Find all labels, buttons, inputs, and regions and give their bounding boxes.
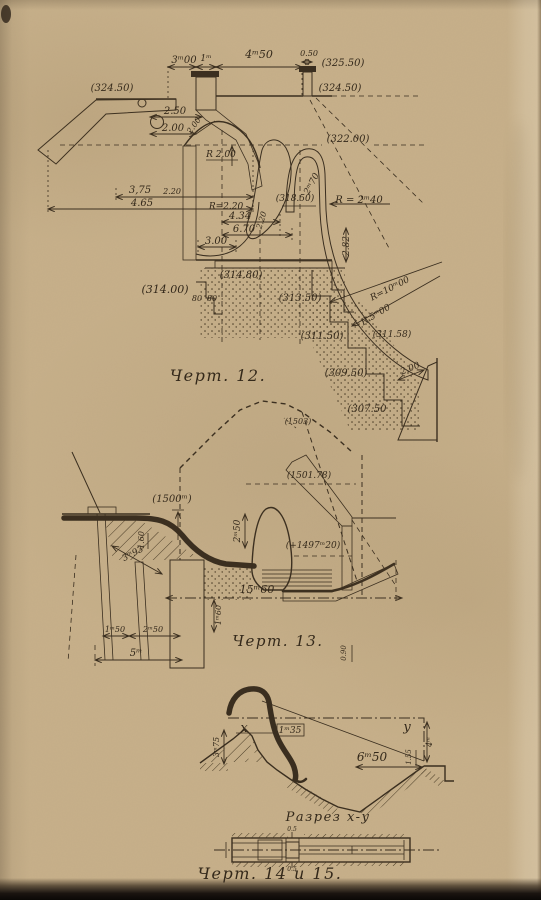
dimension-label: 1.55 [405, 749, 413, 765]
dimension-label: 1ᵐ60 [214, 605, 223, 625]
dimension-label: 3ᵐ00 [171, 55, 197, 66]
dimension-label: 80 [207, 294, 217, 303]
dimension-label: 3.00 [205, 236, 228, 247]
dimension-label: 0.50 [300, 49, 318, 58]
figure-caption: Черт. 12. [170, 366, 266, 385]
dimension-label: 6.70 [233, 224, 256, 235]
figure-15-drawing [214, 832, 442, 868]
dimension-label: (309.50) [325, 368, 368, 379]
figure-caption: Разрез x-y [285, 810, 371, 825]
dimension-label: 4.34 [228, 211, 251, 222]
dimension-label: 1ᵐ [200, 54, 211, 64]
figure-caption: Черт. 13. [232, 632, 323, 650]
dimension-label: 2.20 [162, 187, 181, 196]
dimension-label: 4.65 [130, 198, 153, 209]
dimension-label: 2ᵐ50 [142, 625, 163, 634]
dimension-label: 2.00 [161, 123, 185, 134]
dimension-label: 3ᵐ75 [212, 737, 221, 757]
dimension-label: (314.00) [141, 283, 188, 296]
dimension-label: (1503) [285, 417, 312, 426]
dimension-label: (314.80) [220, 270, 263, 281]
dimension-label: 0.5 [287, 826, 297, 833]
dimension-label: 5ᵐ [130, 648, 143, 659]
dimension-label: 15ᵐ60 [240, 583, 275, 596]
dimension-label: 1ᵐ50 [105, 625, 125, 634]
dimension-label: R 2.00 [205, 150, 236, 160]
paper-blemish [1, 5, 11, 23]
dimension-label: (313.50) [279, 293, 322, 304]
dimension-label: 4ᵐ [425, 737, 434, 748]
dimension-label: 1ᵐ35 [279, 726, 302, 736]
dimension-label: 80 [192, 294, 202, 303]
dimension-label: R = 2ᵐ40 [334, 195, 383, 206]
dimension-label: 6ᵐ50 [357, 750, 388, 764]
dimension-label: 0.90 [340, 645, 348, 661]
dimension-label: (325.50) [322, 58, 365, 69]
dimension-label: (1500ᵐ) [152, 494, 191, 505]
dimension-label: (324.50) [91, 83, 134, 94]
drawing-canvas: 3ᵐ001ᵐ4ᵐ500.50(325.50)(324.50)(324.50)(3… [0, 0, 541, 900]
dimension-label: x [240, 721, 248, 736]
paper-stain [506, 120, 534, 480]
dimension-label: (324.50) [319, 83, 362, 94]
dimension-label: y [402, 720, 411, 735]
dimension-label: 2.82 [342, 236, 352, 257]
dimension-label: (+1497ᵐ20) [286, 540, 341, 551]
dimension-label: (307.50 [348, 404, 388, 415]
figure-caption: Черт. 14 и 15. [198, 864, 343, 883]
dimension-label: 2ᵐ50 [233, 519, 243, 543]
dimension-label: (1501.78) [287, 470, 332, 481]
dimension-label: (311.58) [373, 329, 412, 340]
scanned-drawing-page: { "page": { "paper_color": "#c7b08a", "i… [0, 0, 541, 900]
dimension-label: (311.50) [301, 331, 344, 342]
dimension-label: 4ᵐ50 [244, 48, 273, 61]
dimension-label: (322.00) [327, 134, 370, 145]
dimension-label: 2.50 [163, 106, 187, 117]
dimension-label: 3,75 [129, 185, 151, 196]
